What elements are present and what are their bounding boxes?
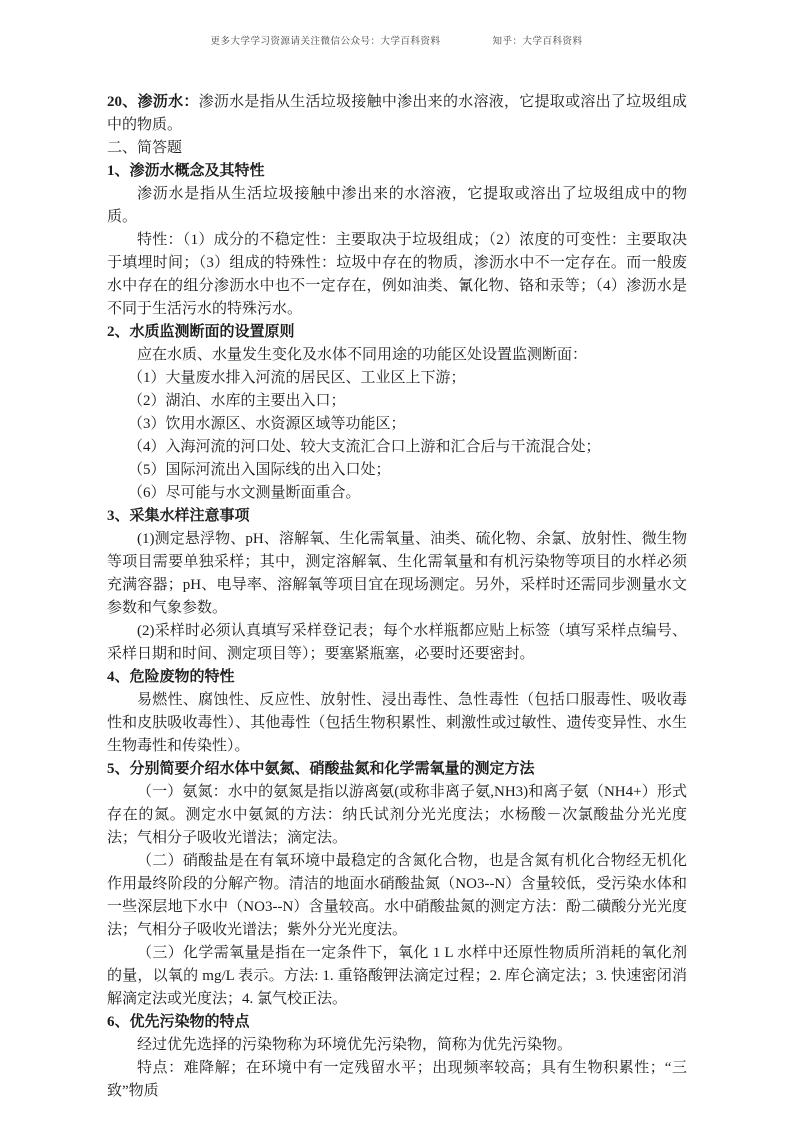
list-item: （4）入海河流的河口处、较大支流汇合口上游和汇合后与干流混合处；: [128, 436, 687, 459]
section-6-heading: 6、优先污染物的特点: [107, 1011, 687, 1034]
list-item: （5）国际河流出入国际线的出入口处；: [128, 459, 687, 482]
paragraph: 特性：（1）成分的不稳定性：主要取决于垃圾组成；（2）浓度的可变性：主要取决于填…: [107, 229, 687, 321]
paragraph: 易燃性、腐蚀性、反应性、放射性、浸出毒性、急性毒性（包括口服毒性、吸收毒性和皮肤…: [107, 689, 687, 758]
list-item: （1）大量废水排入河流的居民区、工业区上下游；: [128, 367, 687, 390]
section-1-heading: 1、渗沥水概念及其特性: [107, 160, 687, 183]
paragraph: （一）氨氮：水中的氨氮是指以游离氨(或称非离子氨,NH3)和离子氨（NH4+）形…: [107, 781, 687, 850]
paragraph: （二）硝酸盐是在有氧环境中最稳定的含氮化合物，也是含氮有机化合物经无机化作用最终…: [107, 850, 687, 942]
paragraph: 经过优先选择的污染物称为环境优先污染物，简称为优先污染物。: [107, 1034, 687, 1057]
list-item: （6）尽可能与水文测量断面重合。: [128, 482, 687, 505]
paragraph: 应在水质、水量发生变化及水体不同用途的功能区处设置监测断面：: [107, 344, 687, 367]
wechat-note: 更多大学学习资源请关注微信公众号：大学百科资料: [210, 33, 440, 47]
paragraph: (1)测定悬浮物、pH、溶解氧、生化需氧量、油类、硫化物、余氯、放射性、微生物等…: [107, 528, 687, 620]
section-4-heading: 4、危险废物的特性: [107, 666, 687, 689]
paragraph: (2)采样时必须认真填写采样登记表；每个水样瓶都应贴上标签（填写采样点编号、采样…: [107, 620, 687, 666]
section-5-heading: 5、分别简要介绍水体中氨氮、硝酸盐氮和化学需氧量的测定方法: [107, 758, 687, 781]
part-two-label: 二、简答题: [107, 137, 687, 160]
section-3-heading: 3、采集水样注意事项: [107, 505, 687, 528]
document-body: 20、渗沥水：渗沥水是指从生活垃圾接触中渗出来的水溶液，它提取或溶出了垃圾组成中…: [107, 91, 687, 1103]
document-page: 更多大学学习资源请关注微信公众号：大学百科资料 知乎：大学百科资料 20、渗沥水…: [0, 0, 793, 1122]
list-item: （3）饮用水源区、水资源区域等功能区；: [128, 413, 687, 436]
term-label: 20、渗沥水：: [107, 94, 199, 110]
paragraph: （三）化学需氧量是指在一定条件下，氧化 1 L 水样中还原性物质所消耗的氧化剂的…: [107, 942, 687, 1011]
term-definition: 20、渗沥水：渗沥水是指从生活垃圾接触中渗出来的水溶液，它提取或溶出了垃圾组成中…: [107, 91, 687, 137]
paragraph: 渗沥水是指从生活垃圾接触中渗出来的水溶液，它提取或溶出了垃圾组成中的物质。: [107, 183, 687, 229]
page-header: 更多大学学习资源请关注微信公众号：大学百科资料 知乎：大学百科资料: [0, 33, 793, 47]
paragraph: 特点：难降解；在环境中有一定残留水平；出现频率较高；具有生物积累性；“三致”物质: [107, 1057, 687, 1103]
zhihu-note: 知乎：大学百科资料: [493, 33, 583, 47]
section-2-heading: 2、水质监测断面的设置原则: [107, 321, 687, 344]
list-item: （2）湖泊、水库的主要出入口；: [128, 390, 687, 413]
